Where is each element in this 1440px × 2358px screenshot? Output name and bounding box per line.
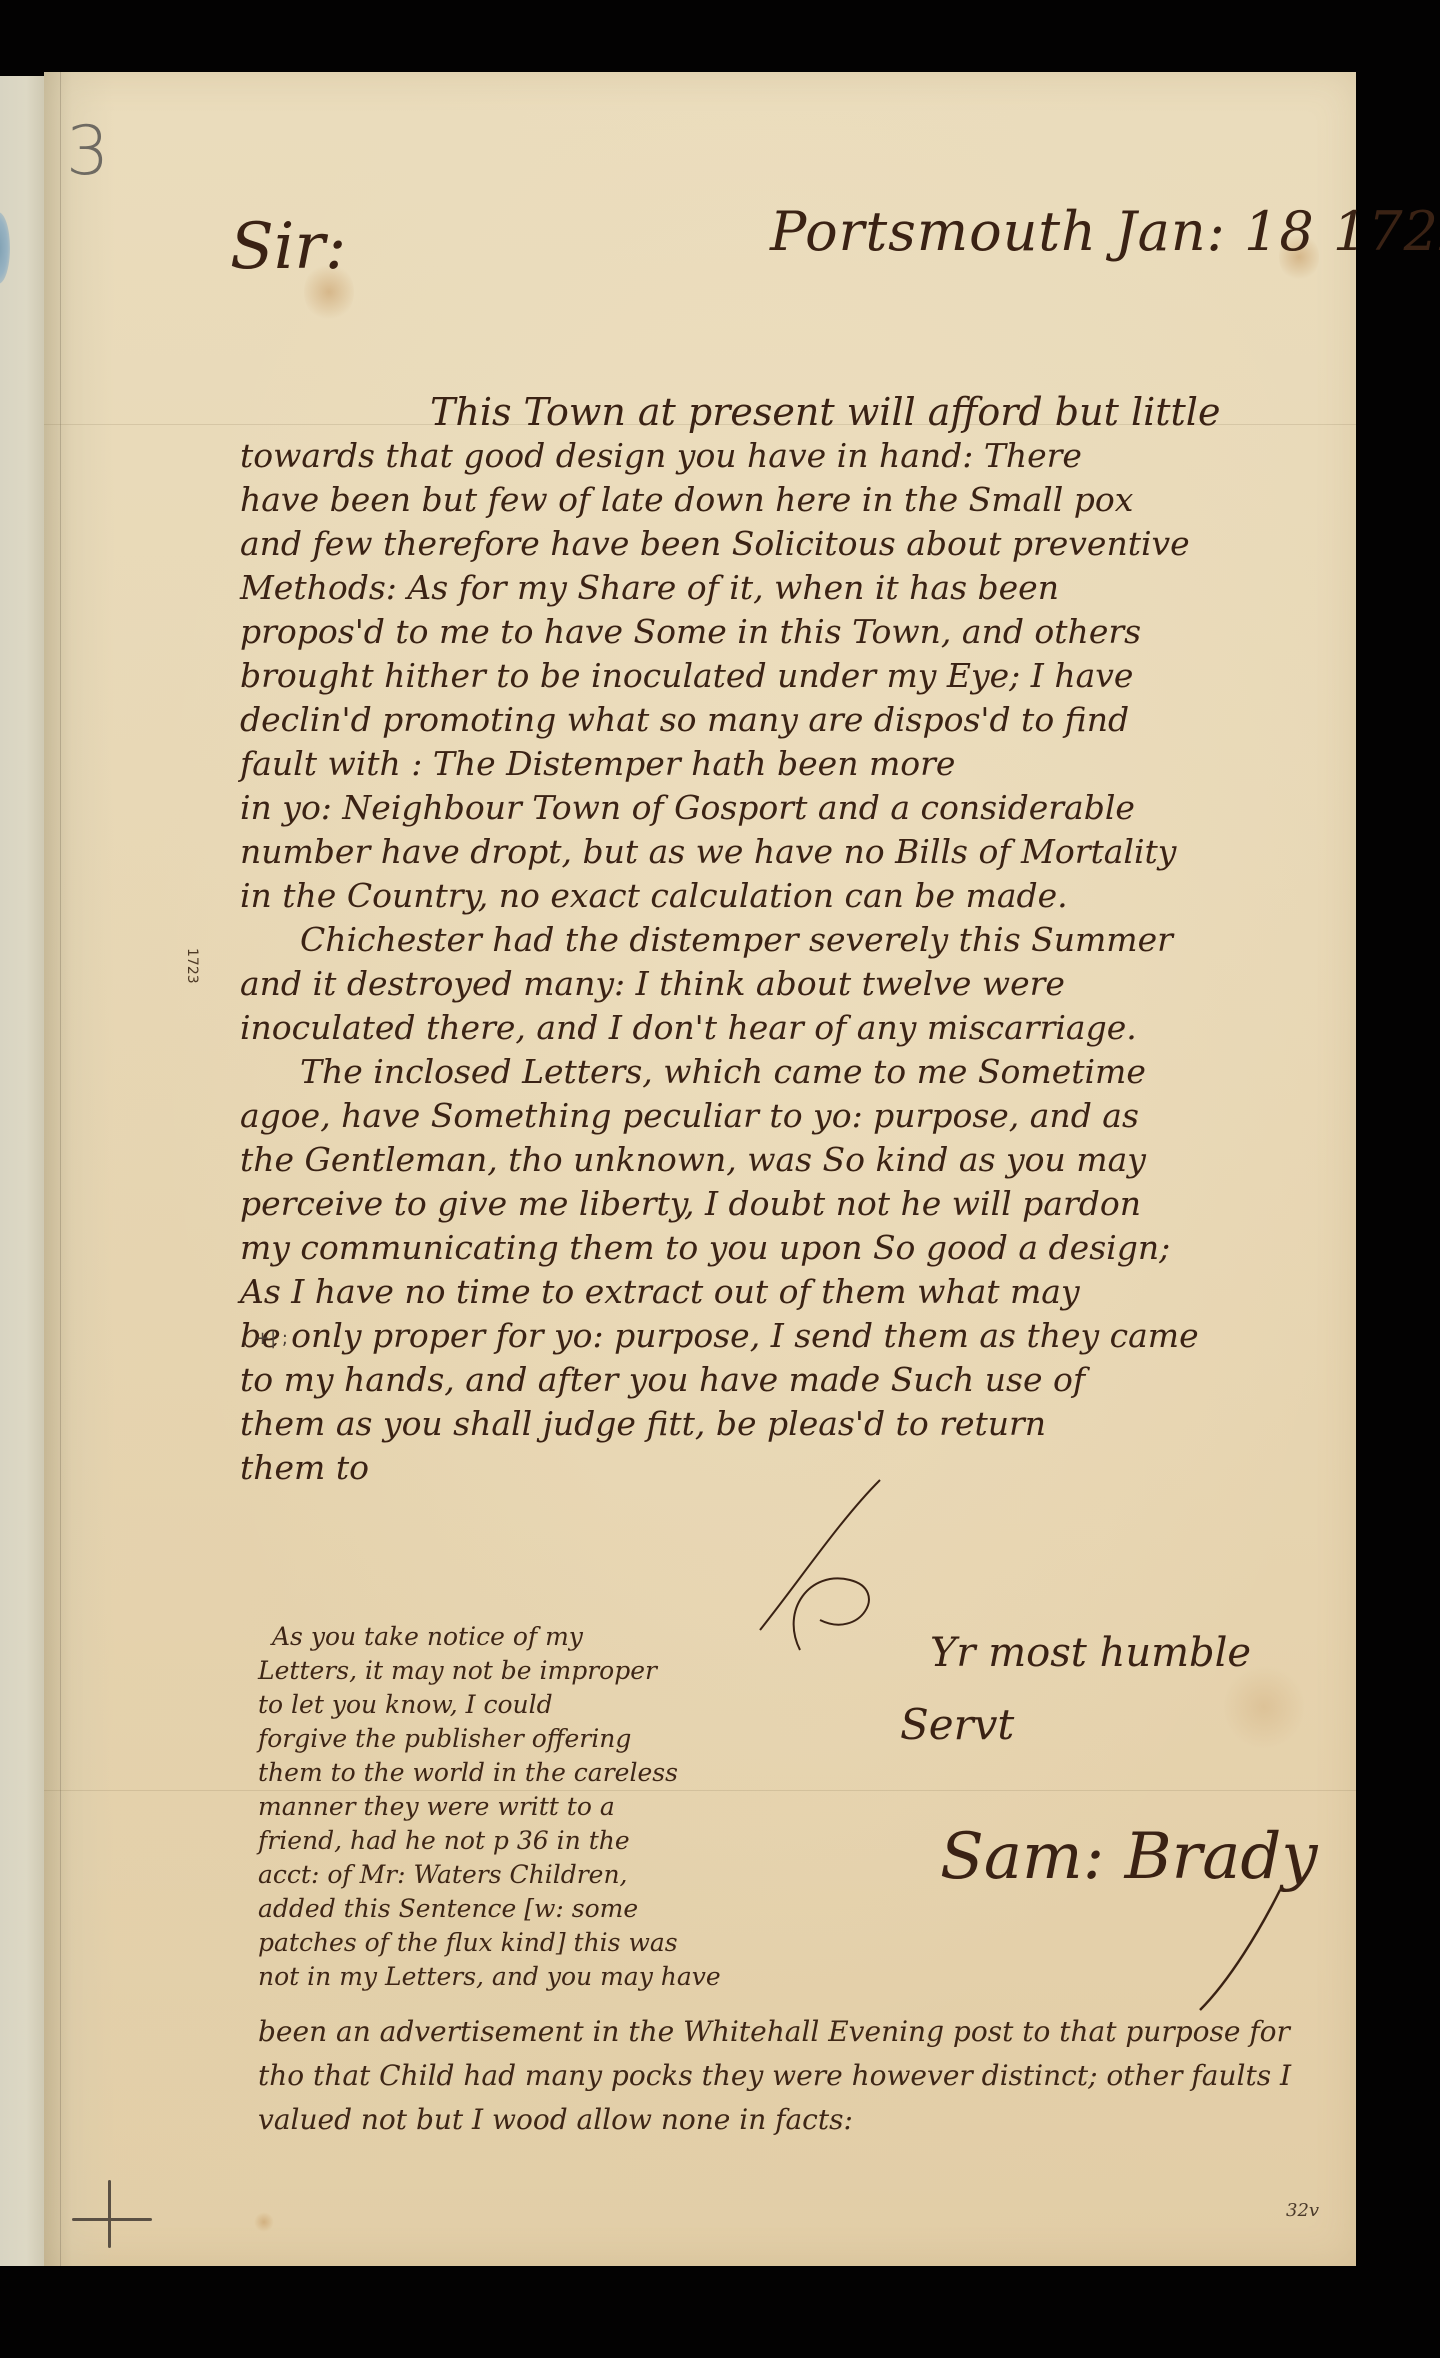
binding-shadow [44, 72, 114, 2266]
postscript-line: been an advertisement in the Whitehall E… [258, 2010, 1358, 2054]
postscript: As you take notice of my Letters, it may… [258, 1620, 758, 1994]
body-line: towards that good design you have in han… [240, 434, 1360, 478]
salutation: Sir: [230, 210, 346, 284]
servant-abbreviation: Servt [900, 1700, 1360, 1820]
body-line: declin'd promoting what so many are disp… [240, 698, 1360, 742]
postscript-line: friend, had he not p 36 in the [258, 1824, 758, 1858]
body-line: Chichester had the distemper severely th… [240, 918, 1360, 962]
folio-number: 32v [1286, 2200, 1319, 2221]
letter-closing: Yr most humble Servt Sam: Brady [900, 1630, 1360, 1920]
body-line: Methods: As for my Share of it, when it … [240, 566, 1360, 610]
postscript-line: added this Sentence [w: some [258, 1892, 758, 1926]
postscript-line: to let you know, I could [258, 1688, 758, 1722]
body-line: and few therefore have been Solicitous a… [240, 522, 1360, 566]
body-line: in yo: Neighbour Town of Gosport and a c… [240, 786, 1360, 830]
postscript-line: forgive the publisher offering [258, 1722, 758, 1756]
pencil-cross-mark [72, 2180, 152, 2250]
facing-page-edge [0, 76, 44, 2266]
signature: Sam: Brady [900, 1820, 1360, 1920]
foxing-stain [254, 2212, 274, 2232]
pencil-page-number: 3 [66, 112, 109, 191]
body-line: perceive to give me liberty, I doubt not… [240, 1182, 1360, 1226]
body-line: and it destroyed many: I think about twe… [240, 962, 1360, 1006]
body-line: inoculated there, and I don't hear of an… [240, 1006, 1360, 1050]
letter-body: This Town at present will afford but lit… [300, 390, 1360, 1490]
postscript-line: manner they were writt to a [258, 1790, 758, 1824]
body-line: the Gentleman, tho unknown, was So kind … [240, 1138, 1360, 1182]
body-line: The inclosed Letters, which came to me S… [240, 1050, 1360, 1094]
body-line: in the Country, no exact calculation can… [240, 874, 1360, 918]
postscript-line: not in my Letters, and you may have [258, 1960, 758, 1994]
postscript-line: valued not but I wood allow none in fact… [258, 2098, 1358, 2142]
margin-note-vertical: 1723 [184, 948, 200, 984]
binding-fold-line [60, 72, 61, 2266]
postscript-line: Letters, it may not be improper [258, 1654, 758, 1688]
body-line: number have dropt, but as we have no Bil… [240, 830, 1360, 874]
margin-tick-marks: +| ; [255, 1328, 288, 1349]
body-line: As I have no time to extract out of them… [240, 1270, 1360, 1314]
postscript-line: patches of the flux kind] this was [258, 1926, 758, 1960]
body-line: to my hands, and after you have made Suc… [240, 1358, 1360, 1402]
postscript-continuation: been an advertisement in the Whitehall E… [258, 2010, 1358, 2142]
body-line: my communicating them to you upon So goo… [240, 1226, 1360, 1270]
place-date-line: Portsmouth Jan: 18 1722 [770, 200, 1440, 263]
body-line: fault with : The Distemper hath been mor… [240, 742, 1360, 786]
body-line: be only proper for yo: purpose, I send t… [240, 1314, 1360, 1358]
body-line: agoe, have Something peculiar to yo: pur… [240, 1094, 1360, 1138]
blue-ink-mark [0, 212, 10, 284]
postscript-line: them to the world in the careless [258, 1756, 758, 1790]
postscript-line: As you take notice of my [258, 1620, 758, 1654]
body-line: propos'd to me to have Some in this Town… [240, 610, 1360, 654]
body-line: This Town at present will afford but lit… [300, 390, 1360, 434]
postscript-line: tho that Child had many pocks they were … [258, 2054, 1358, 2098]
body-line: brought hither to be inoculated under my… [240, 654, 1360, 698]
body-line: them to [240, 1446, 1360, 1490]
body-line: them as you shall judge fitt, be pleas'd… [240, 1402, 1360, 1446]
postscript-line: acct: of Mr: Waters Children, [258, 1858, 758, 1892]
complimentary-close: Yr most humble [900, 1630, 1360, 1700]
body-line: have been but few of late down here in t… [240, 478, 1360, 522]
